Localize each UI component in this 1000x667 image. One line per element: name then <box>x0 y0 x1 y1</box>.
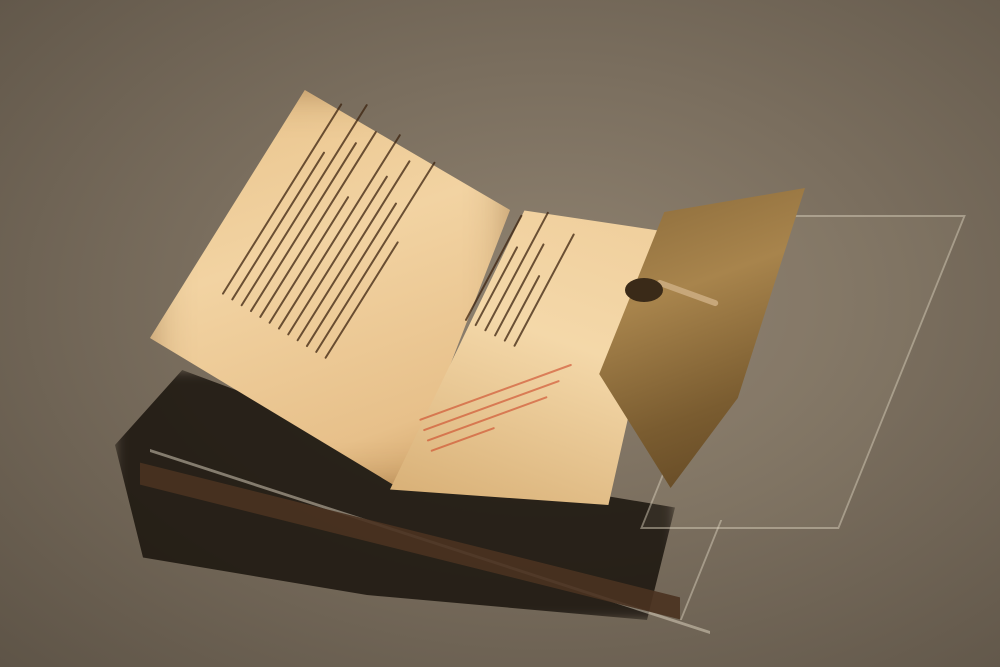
photo-scene <box>0 0 1000 667</box>
clasp-toggle <box>625 278 663 302</box>
notebook <box>0 0 1000 667</box>
